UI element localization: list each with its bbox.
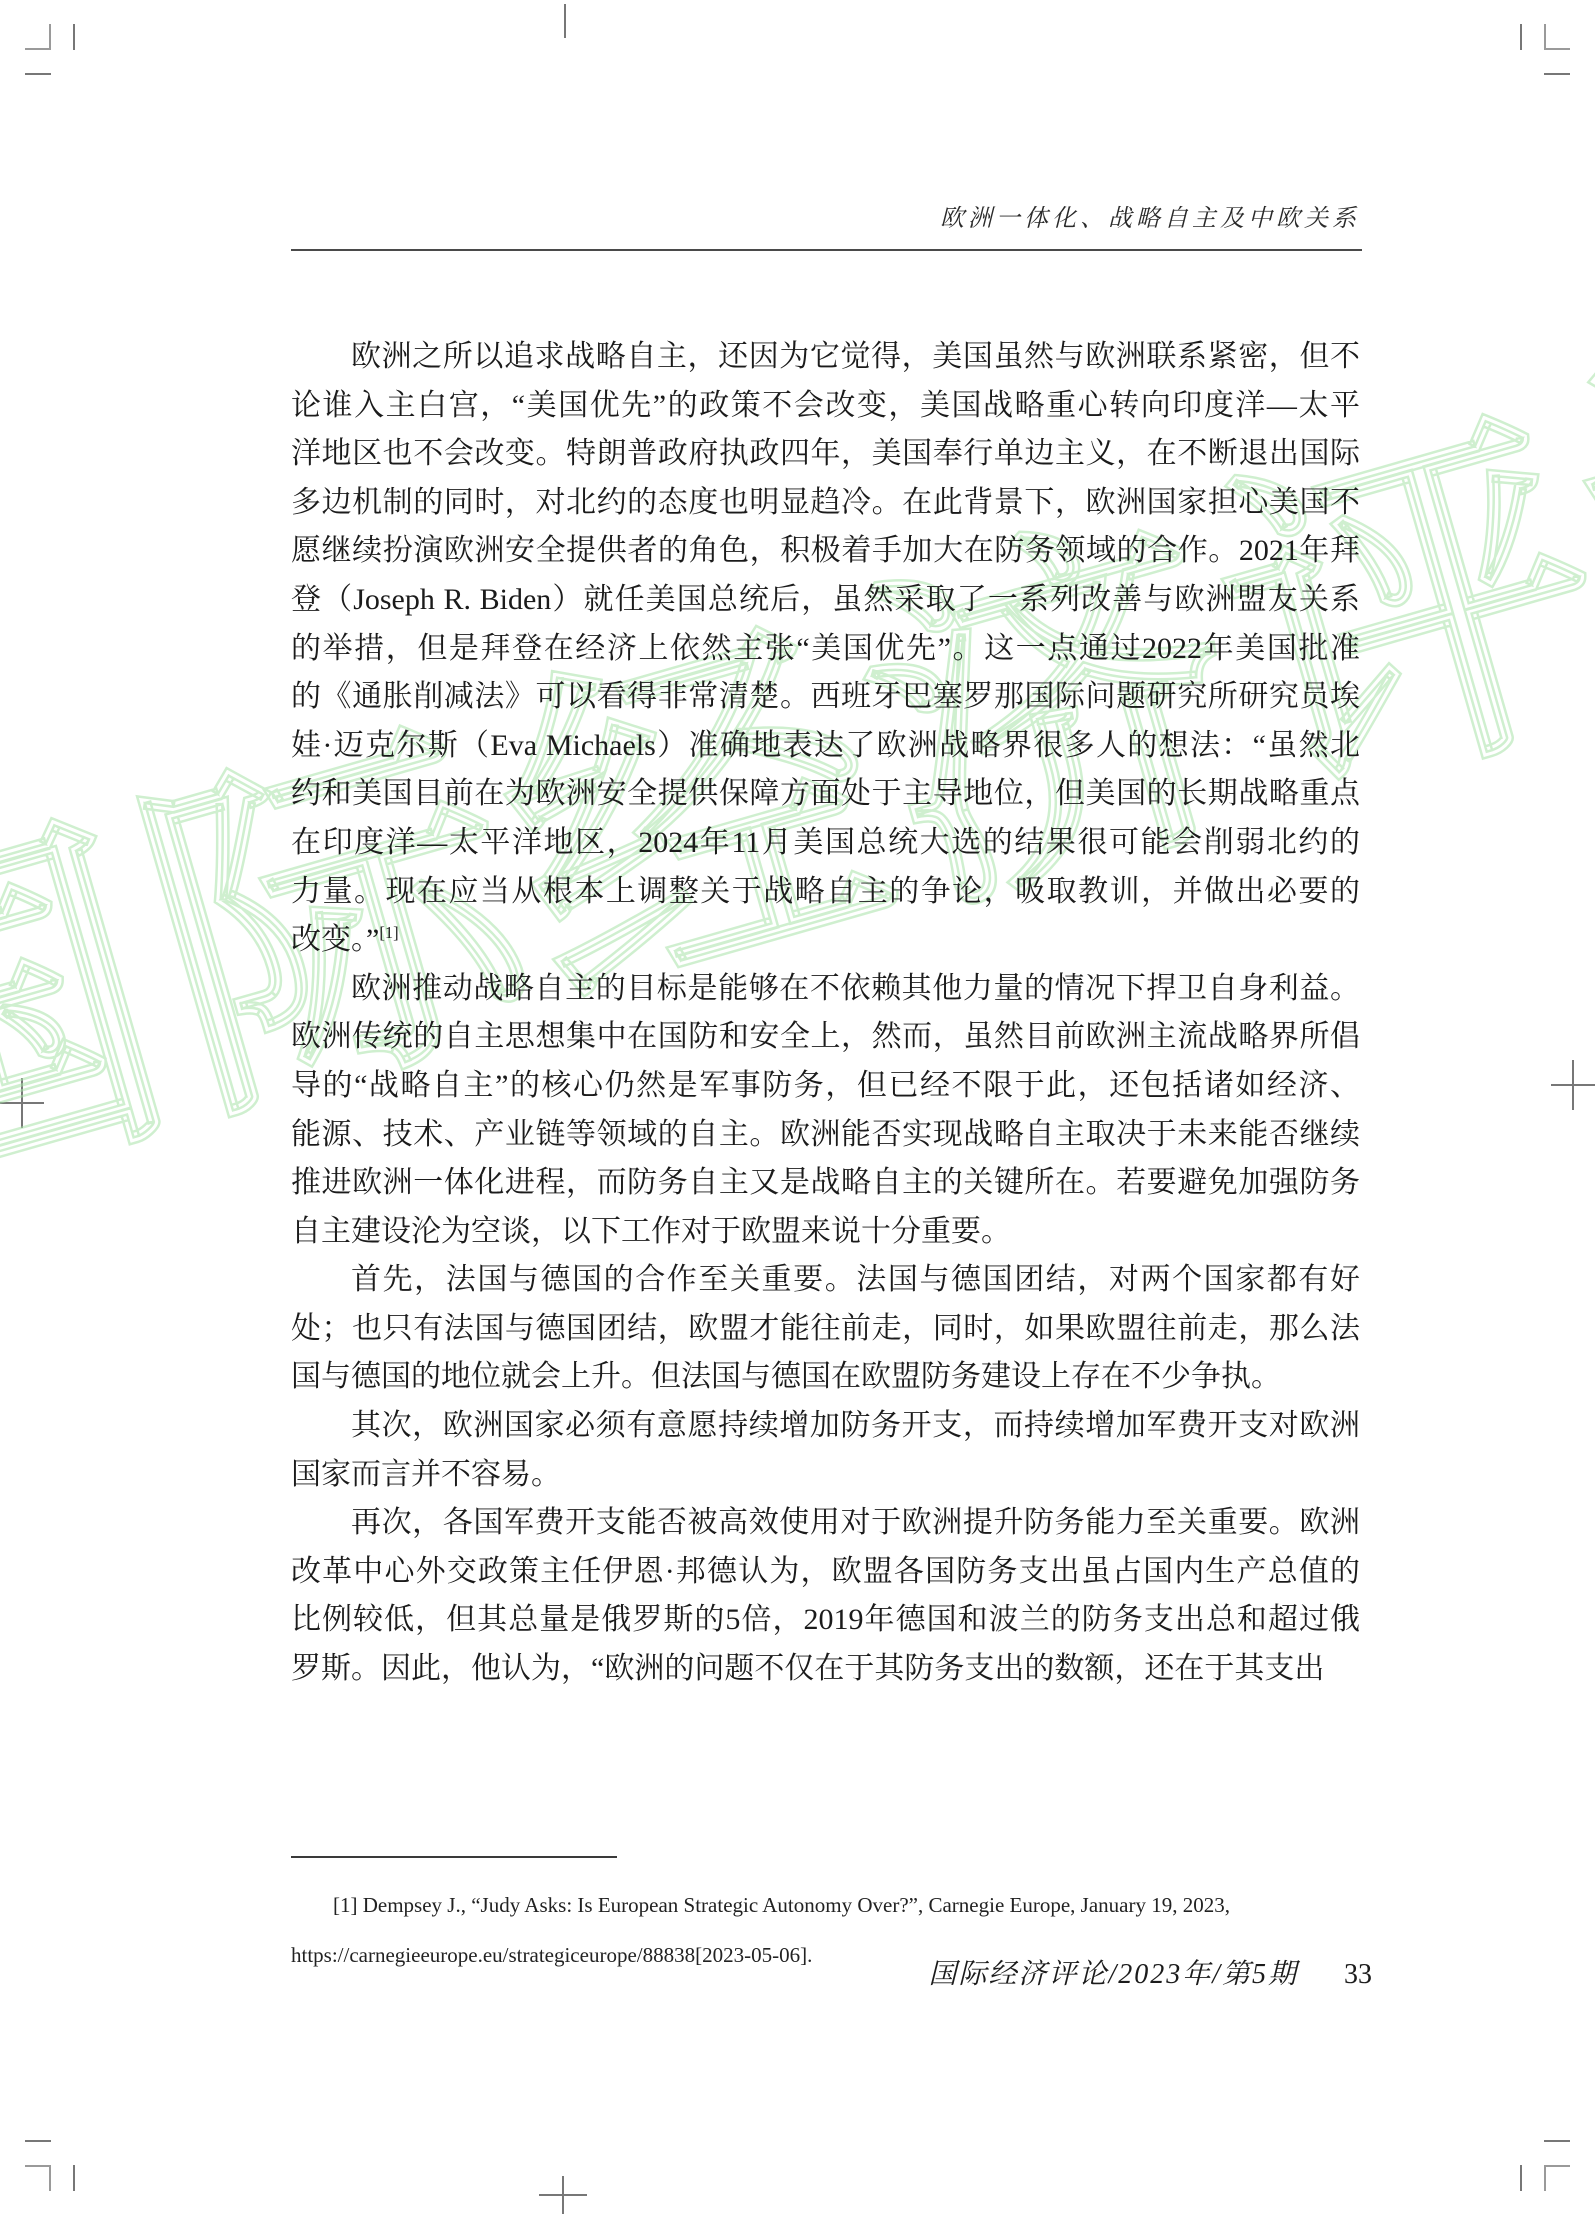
crop-mark — [564, 4, 566, 38]
body-line: 自主建设沦为空谈，以下工作对于欧盟来说十分重要。 — [291, 1208, 1360, 1257]
body-line: 愿继续扮演欧洲安全提供者的角色，积极着手加大在防务领域的合作。2021年拜 — [291, 527, 1360, 576]
body-line: 导的“战略自主”的核心仍然是军事防务，但已经不限于此，还包括诸如经济、 — [291, 1062, 1360, 1111]
crop-mark — [25, 73, 51, 75]
body-line: 欧洲推动战略自主的目标是能够在不依赖其他力量的情况下捍卫自身利益。 — [291, 965, 1360, 1014]
body-line: 处；也只有法国与德国团结，欧盟才能往前走，同时，如果欧盟往前走，那么法 — [291, 1305, 1360, 1354]
crop-mark — [1544, 2165, 1570, 2167]
body-line: 国与德国的地位就会上升。但法国与德国在欧盟防务建设上存在不少争执。 — [291, 1353, 1360, 1402]
header-rule — [291, 249, 1362, 251]
crop-mark — [1544, 2140, 1570, 2142]
body-line: 欧洲传统的自主思想集中在国防和安全上，然而，虽然目前欧洲主流战略界所倡 — [291, 1013, 1360, 1062]
body-line: 洋地区也不会改变。特朗普政府执政四年，美国奉行单边主义，在不断退出国际 — [291, 430, 1360, 479]
crop-mark — [49, 2165, 51, 2191]
crop-mark — [25, 2165, 51, 2167]
body-line: 改革中心外交政策主任伊恩·邦德认为，欧盟各国防务支出虽占国内生产总值的 — [291, 1548, 1360, 1597]
body-line: 改变。”[1] — [291, 916, 1360, 965]
body-line: 能源、技术、产业链等领域的自主。欧洲能否实现战略自主取决于未来能否继续 — [291, 1111, 1360, 1160]
crop-mark — [1520, 24, 1522, 50]
body-line: 国家而言并不容易。 — [291, 1451, 1360, 1500]
body-line: 推进欧洲一体化进程，而防务自主又是战略自主的关键所在。若要避免加强防务 — [291, 1159, 1360, 1208]
crop-mark — [49, 24, 51, 50]
crop-mark — [1544, 2165, 1546, 2191]
body-line: 比例较低，但其总量是俄罗斯的5倍，2019年德国和波兰的防务支出总和超过俄 — [291, 1596, 1360, 1645]
crop-mark — [1544, 48, 1570, 50]
body-line: 力量。现在应当从根本上调整关于战略自主的争论，吸取教训，并做出必要的 — [291, 868, 1360, 917]
journal-issue: 国际经济评论/2023年/第5期 — [928, 1952, 1298, 1992]
crop-mark — [539, 2194, 587, 2196]
document-page: 国际经济评论 欧洲一体化、战略自主及中欧关系 欧洲之所以追求战略自主，还因为它觉… — [0, 0, 1595, 2215]
body-line: 其次，欧洲国家必须有意愿持续增加防务开支，而持续增加军费开支对欧洲 — [291, 1402, 1360, 1451]
footnote-line: [1] Dempsey J., “Judy Asks: Is European … — [291, 1880, 1360, 1930]
body-line: 娃·迈克尔斯（Eva Michaels）准确地表达了欧洲战略界很多人的想法：“虽… — [291, 722, 1360, 771]
crop-mark — [21, 1078, 23, 1128]
body-line: 约和美国目前在为欧洲安全提供保障方面处于主导地位，但美国的长期战略重点 — [291, 770, 1360, 819]
crop-mark — [1520, 2165, 1522, 2191]
page-number: 33 — [1344, 1959, 1372, 1991]
body-line: 登（Joseph R. Biden）就任美国总统后，虽然采取了一系列改善与欧洲盟… — [291, 576, 1360, 625]
crop-mark — [73, 24, 75, 50]
crop-mark — [73, 2165, 75, 2191]
body-line: 在印度洋—太平洋地区，2024年11月美国总统大选的结果很可能会削弱北约的 — [291, 819, 1360, 868]
crop-mark — [1572, 1060, 1574, 1110]
body-line: 首先，法国与德国的合作至关重要。法国与德国团结，对两个国家都有好 — [291, 1256, 1360, 1305]
crop-mark — [25, 2140, 51, 2142]
crop-mark — [25, 48, 51, 50]
running-head: 欧洲一体化、战略自主及中欧关系 — [940, 198, 1360, 233]
body-line: 论谁入主白宫，“美国优先”的政策不会改变，美国战略重心转向印度洋—太平 — [291, 382, 1360, 431]
page-footer: 国际经济评论/2023年/第5期 33 — [928, 1952, 1372, 1992]
body-line: 再次，各国军费开支能否被高效使用对于欧洲提升防务能力至关重要。欧洲 — [291, 1499, 1360, 1548]
body-text: 欧洲之所以追求战略自主，还因为它觉得，美国虽然与欧洲联系紧密，但不论谁入主白宫，… — [291, 333, 1360, 1694]
body-line: 多边机制的同时，对北约的态度也明显趋冷。在此背景下，欧洲国家担心美国不 — [291, 479, 1360, 528]
footnote-rule — [291, 1856, 617, 1858]
footnote-ref: [1] — [379, 923, 398, 942]
body-line: 罗斯。因此，他认为，“欧洲的问题不仅在于其防务支出的数额，还在于其支出 — [291, 1645, 1360, 1694]
crop-mark — [1544, 73, 1570, 75]
body-line: 欧洲之所以追求战略自主，还因为它觉得，美国虽然与欧洲联系紧密，但不 — [291, 333, 1360, 382]
body-line: 的《通胀削减法》可以看得非常清楚。西班牙巴塞罗那国际问题研究所研究员埃 — [291, 673, 1360, 722]
crop-mark — [1544, 24, 1546, 50]
body-line: 的举措，但是拜登在经济上依然主张“美国优先”。这一点通过2022年美国批准 — [291, 625, 1360, 674]
